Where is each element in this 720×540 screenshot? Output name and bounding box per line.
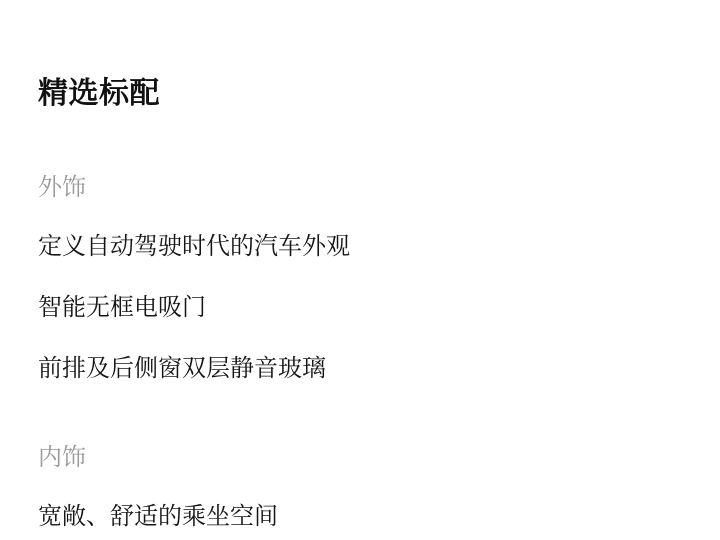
section-label-interior: 内饰 [38, 441, 86, 473]
standard-features-page: 精选标配 外饰 定义自动驾驶时代的汽车外观 智能无框电吸门 前排及后侧窗双层静音… [0, 0, 720, 540]
feature-item: 宽敞、舒适的乘坐空间 [38, 500, 278, 532]
feature-item: 定义自动驾驶时代的汽车外观 [38, 230, 350, 262]
feature-item: 智能无框电吸门 [38, 291, 206, 323]
page-title: 精选标配 [38, 74, 160, 114]
feature-item: 前排及后侧窗双层静音玻璃 [38, 352, 326, 384]
section-label-exterior: 外饰 [38, 171, 86, 203]
